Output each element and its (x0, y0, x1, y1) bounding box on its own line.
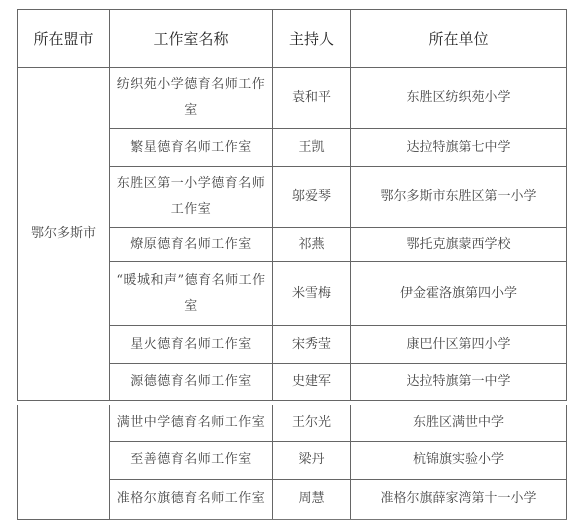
city-cell (18, 405, 110, 519)
header-studio-name: 工作室名称 (110, 10, 273, 68)
host-cell: 米雪梅 (273, 262, 351, 326)
studio-table-part-1: 所在盟市 工作室名称 主持人 所在单位 鄂尔多斯市 纺织苑小学德育名师工作室 袁… (17, 9, 567, 401)
host-cell: 袁和平 (273, 68, 351, 129)
unit-cell: 康巴什区第四小学 (351, 326, 567, 364)
table-row: 鄂尔多斯市 纺织苑小学德育名师工作室 袁和平 东胜区纺织苑小学 (18, 68, 567, 129)
host-cell: 史建军 (273, 364, 351, 401)
unit-cell: 伊金霍洛旗第四小学 (351, 262, 567, 326)
header-host: 主持人 (273, 10, 351, 68)
studio-name-cell: 准格尔旗德育名师工作室 (110, 479, 273, 519)
studio-name-cell: 至善德育名师工作室 (110, 441, 273, 479)
host-cell: 王凯 (273, 129, 351, 167)
city-cell: 鄂尔多斯市 (18, 68, 110, 401)
studio-table-part-2: 满世中学德育名师工作室 王尔光 东胜区满世中学 至善德育名师工作室 梁丹 杭锦旗… (17, 405, 567, 520)
studio-name-cell: “暖城和声”德育名师工作室 (110, 262, 273, 326)
unit-cell: 鄂尔多斯市东胜区第一小学 (351, 167, 567, 228)
header-unit: 所在单位 (351, 10, 567, 68)
unit-cell: 达拉特旗第七中学 (351, 129, 567, 167)
studio-name-cell: 燎原德育名师工作室 (110, 228, 273, 262)
table-row: 满世中学德育名师工作室 王尔光 东胜区满世中学 (18, 405, 567, 441)
host-cell: 周慧 (273, 479, 351, 519)
host-cell: 祁燕 (273, 228, 351, 262)
studio-name-cell: 满世中学德育名师工作室 (110, 405, 273, 441)
host-cell: 梁丹 (273, 441, 351, 479)
unit-cell: 准格尔旗薛家湾第十一小学 (351, 479, 567, 519)
host-cell: 王尔光 (273, 405, 351, 441)
studio-name-cell: 纺织苑小学德育名师工作室 (110, 68, 273, 129)
unit-cell: 东胜区满世中学 (351, 405, 567, 441)
host-cell: 宋秀莹 (273, 326, 351, 364)
unit-cell: 杭锦旗实验小学 (351, 441, 567, 479)
studio-name-cell: 星火德育名师工作室 (110, 326, 273, 364)
unit-cell: 鄂托克旗蒙西学校 (351, 228, 567, 262)
studio-name-cell: 繁星德育名师工作室 (110, 129, 273, 167)
host-cell: 邬爱琴 (273, 167, 351, 228)
unit-cell: 东胜区纺织苑小学 (351, 68, 567, 129)
header-row: 所在盟市 工作室名称 主持人 所在单位 (18, 10, 567, 68)
studio-name-cell: 东胜区第一小学德育名师工作室 (110, 167, 273, 228)
studio-name-cell: 源德德育名师工作室 (110, 364, 273, 401)
header-city: 所在盟市 (18, 10, 110, 68)
unit-cell: 达拉特旗第一中学 (351, 364, 567, 401)
